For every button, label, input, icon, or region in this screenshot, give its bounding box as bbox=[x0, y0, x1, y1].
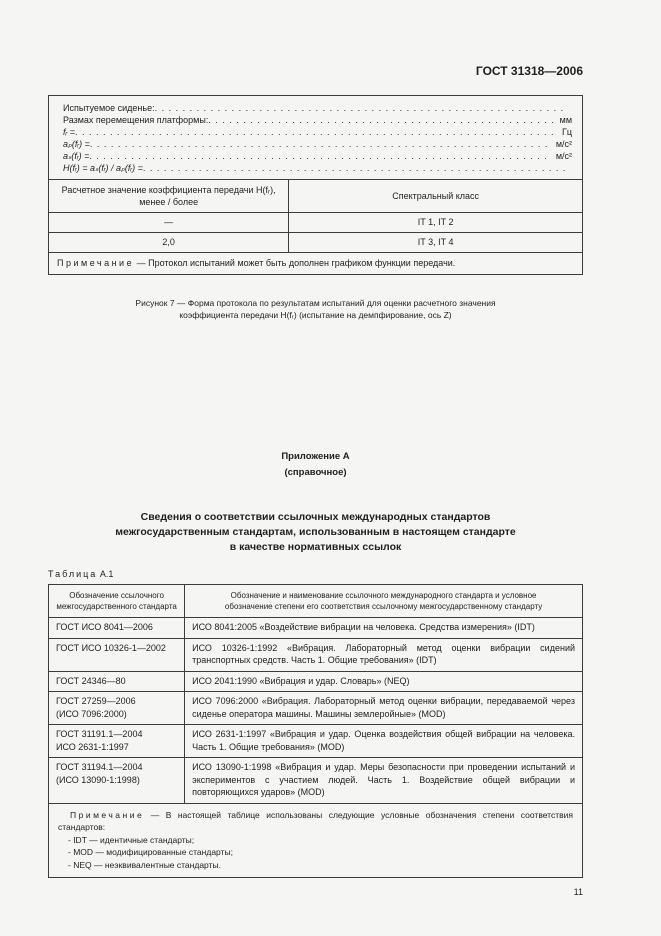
form-line-unit: м/с² bbox=[551, 150, 572, 162]
document-code: ГОСТ 31318—2006 bbox=[48, 64, 583, 78]
iso-standard: ИСО 13090-1:1998 «Вибрация и удар. Меры … bbox=[185, 758, 583, 804]
page-number: 11 bbox=[48, 887, 583, 897]
iso-standard: ИСО 2041:1990 «Вибрация и удар. Словарь»… bbox=[185, 671, 583, 692]
appendix-heading: Сведения о соответствии ссылочных междун… bbox=[48, 510, 583, 555]
document-page: ГОСТ 31318—2006 Испытуемое сиденье: Разм… bbox=[0, 0, 661, 936]
gost-standard: ГОСТ ИСО 8041—2006 bbox=[49, 618, 185, 639]
note-list-item: - NEQ — неэквивалентные стандарты. bbox=[68, 859, 573, 872]
appendix-title: Приложение А bbox=[48, 450, 583, 463]
standards-correspondence-table: Обозначение ссылочного межгосударственно… bbox=[48, 584, 583, 878]
table-row: ГОСТ 31191.1—2004 ИСО 2631-1:1997 ИСО 26… bbox=[49, 725, 583, 758]
form-line-label: H(fᵣ) = aₛ(fᵣ) / aₚ(fᵣ) = bbox=[63, 162, 143, 174]
column-header: Расчетное значение коэффициента передачи… bbox=[49, 180, 289, 213]
table-header-row: Обозначение ссылочного межгосударственно… bbox=[49, 585, 583, 618]
iso-standard: ИСО 8041:2005 «Воздействие вибрации на ч… bbox=[185, 618, 583, 639]
coefficient-value: — bbox=[49, 213, 289, 233]
table-note: Примечание — Протокол испытаний может бы… bbox=[49, 253, 583, 275]
table-label-word: Таблица bbox=[48, 569, 97, 579]
form-line-platform-displacement: Размах перемещения платформы: мм bbox=[63, 114, 572, 126]
table-row: ГОСТ 24346—80 ИСО 2041:1990 «Вибрация и … bbox=[49, 671, 583, 692]
form-line-label: aₚ(fᵣ) = bbox=[63, 138, 90, 150]
form-line-label: aₛ(fᵣ) = bbox=[63, 150, 89, 162]
table-row: ГОСТ 27259—2006 (ИСО 7096:2000) ИСО 7096… bbox=[49, 692, 583, 725]
column-header: Спектральный класс bbox=[289, 180, 583, 213]
form-line-unit: м/с² bbox=[551, 138, 572, 150]
coefficient-value: 2,0 bbox=[49, 233, 289, 253]
form-line-unit: Гц bbox=[557, 126, 572, 138]
gost-standard: ГОСТ 31191.1—2004 ИСО 2631-1:1997 bbox=[49, 725, 185, 758]
table-row: — IT 1, IT 2 bbox=[49, 213, 583, 233]
note-text: — Протокол испытаний может быть дополнен… bbox=[137, 258, 456, 268]
form-line-ap: aₚ(fᵣ) = м/с² bbox=[63, 138, 572, 150]
note-label: Примечание bbox=[57, 258, 134, 268]
iso-standard: ИСО 2631-1:1997 «Вибрация и удар. Оценка… bbox=[185, 725, 583, 758]
table-row: 2,0 IT 3, IT 4 bbox=[49, 233, 583, 253]
table-row: ГОСТ 31194.1—2004 (ИСО 13090-1:1998) ИСО… bbox=[49, 758, 583, 804]
appendix-subtitle: (справочное) bbox=[48, 466, 583, 479]
table-label-number: А.1 bbox=[100, 569, 114, 579]
form-line-seat: Испытуемое сиденье: bbox=[63, 102, 572, 114]
spectral-class: IT 1, IT 2 bbox=[289, 213, 583, 233]
dot-leader bbox=[143, 162, 567, 174]
table-note: Примечание — В настоящей таблице использ… bbox=[49, 803, 583, 878]
dot-leader bbox=[208, 114, 554, 126]
note-list-item: - IDT — идентичные стандарты; bbox=[68, 834, 573, 847]
table-header-row: Расчетное значение коэффициента передачи… bbox=[49, 180, 583, 213]
form-line-label: Испытуемое сиденье: bbox=[63, 102, 155, 114]
form-line-unit: мм bbox=[555, 114, 572, 126]
form-line-label: fᵣ = bbox=[63, 126, 75, 138]
gost-standard: ГОСТ 24346—80 bbox=[49, 671, 185, 692]
gost-standard: ГОСТ ИСО 10326-1—2002 bbox=[49, 638, 185, 671]
iso-standard: ИСО 7096:2000 «Вибрация. Лабораторный ме… bbox=[185, 692, 583, 725]
form-line-as: aₛ(fᵣ) = м/с² bbox=[63, 150, 572, 162]
dot-leader bbox=[75, 126, 557, 138]
gost-standard: ГОСТ 27259—2006 (ИСО 7096:2000) bbox=[49, 692, 185, 725]
form-line-hfr: H(fᵣ) = aₛ(fᵣ) / aₚ(fᵣ) = bbox=[63, 162, 572, 174]
spectral-class: IT 3, IT 4 bbox=[289, 233, 583, 253]
gost-standard: ГОСТ 31194.1—2004 (ИСО 13090-1:1998) bbox=[49, 758, 185, 804]
column-header: Обозначение и наименование ссылочного ме… bbox=[185, 585, 583, 618]
table-row: ГОСТ ИСО 8041—2006 ИСО 8041:2005 «Воздей… bbox=[49, 618, 583, 639]
note-label: Примечание bbox=[70, 810, 144, 820]
note-list-item: - MOD — модифицированные стандарты; bbox=[68, 846, 573, 859]
figure-caption: Рисунок 7 — Форма протокола по результат… bbox=[48, 297, 583, 321]
table-label: Таблица А.1 bbox=[48, 569, 583, 579]
protocol-form: Испытуемое сиденье: Размах перемещения п… bbox=[48, 95, 583, 180]
dot-leader bbox=[155, 102, 567, 114]
table-note-row: Примечание — В настоящей таблице использ… bbox=[49, 803, 583, 878]
dot-leader bbox=[89, 150, 550, 162]
column-header: Обозначение ссылочного межгосударственно… bbox=[49, 585, 185, 618]
form-line-fr: fᵣ = Гц bbox=[63, 126, 572, 138]
transfer-coefficient-table: Расчетное значение коэффициента передачи… bbox=[48, 179, 583, 275]
form-line-label: Размах перемещения платформы: bbox=[63, 114, 208, 126]
table-note-row: Примечание — Протокол испытаний может бы… bbox=[49, 253, 583, 275]
iso-standard: ИСО 10326-1:1992 «Вибрация. Лабораторный… bbox=[185, 638, 583, 671]
note-paragraph: Примечание — В настоящей таблице использ… bbox=[58, 809, 573, 834]
table-row: ГОСТ ИСО 10326-1—2002 ИСО 10326-1:1992 «… bbox=[49, 638, 583, 671]
note-list: - IDT — идентичные стандарты; - MOD — мо… bbox=[58, 834, 573, 872]
dot-leader bbox=[90, 138, 551, 150]
